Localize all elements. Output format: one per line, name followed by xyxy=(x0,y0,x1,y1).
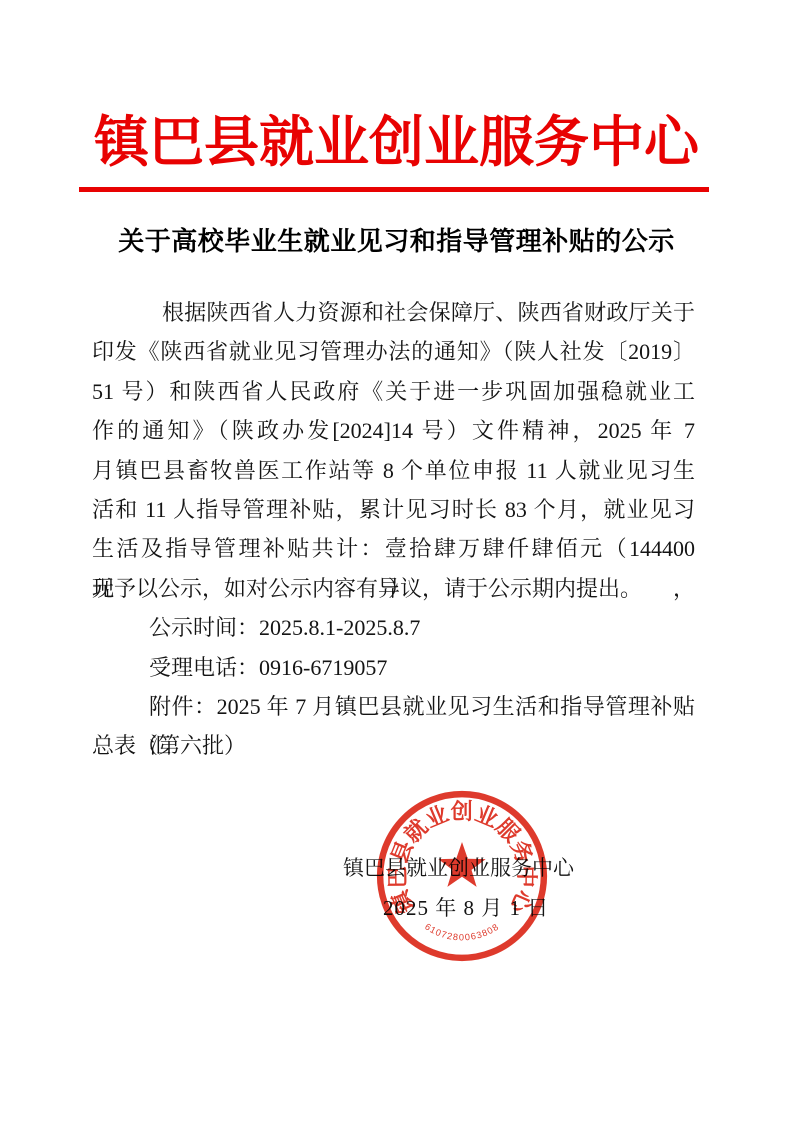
body-line-3: 51 号）和陕西省人民政府《关于进一步巩固加强稳就业工 xyxy=(92,372,695,411)
notice-body: 根据陕西省人力资源和社会保障厅、陕西省财政厅关于 印发《陕西省就业见习管理办法的… xyxy=(92,293,695,766)
body-line-7: 生活及指导管理补贴共计：壹拾肆万肆仟肆佰元（144400 元）， xyxy=(92,529,695,568)
body-line-attachment-2: 总表（第六批） xyxy=(92,726,695,765)
seal-star-icon xyxy=(438,842,485,887)
body-line-1: 根据陕西省人力资源和社会保障厅、陕西省财政厅关于 xyxy=(92,293,695,332)
body-line-attachment: 附件：2025 年 7 月镇巴县就业见习生活和指导管理补贴汇 xyxy=(92,687,695,726)
body-line-2: 印发《陕西省就业见习管理办法的通知》（陕人社发〔2019〕 xyxy=(92,332,695,371)
body-line-8: 现予以公示，如对公示内容有异议，请于公示期内提出。 xyxy=(92,569,695,608)
letterhead-org-name: 镇巴县就业创业服务中心 xyxy=(0,108,793,178)
official-seal-stamp: 镇巴县就业创业服务中心 6107280063808 xyxy=(370,784,554,968)
body-line-phone: 受理电话：0916-6719057 xyxy=(92,648,695,687)
notice-document: 镇巴县就业创业服务中心 关于高校毕业生就业见习和指导管理补贴的公示 根据陕西省人… xyxy=(0,0,793,1122)
seal-code-number: 6107280063808 xyxy=(423,921,501,942)
body-line-5: 月镇巴县畜牧兽医工作站等 8 个单位申报 11 人就业见习生 xyxy=(92,451,695,490)
body-line-4: 作的通知》（陕政办发[2024]14 号）文件精神，2025 年 7 xyxy=(92,411,695,450)
svg-text:6107280063808: 6107280063808 xyxy=(423,921,501,942)
notice-title: 关于高校毕业生就业见习和指导管理补贴的公示 xyxy=(0,224,793,258)
body-line-publicity-period: 公示时间：2025.8.1-2025.8.7 xyxy=(92,608,695,647)
letterhead-divider xyxy=(79,187,709,192)
body-line-6: 活和 11 人指导管理补贴，累计见习时长 83 个月，就业见习 xyxy=(92,490,695,529)
